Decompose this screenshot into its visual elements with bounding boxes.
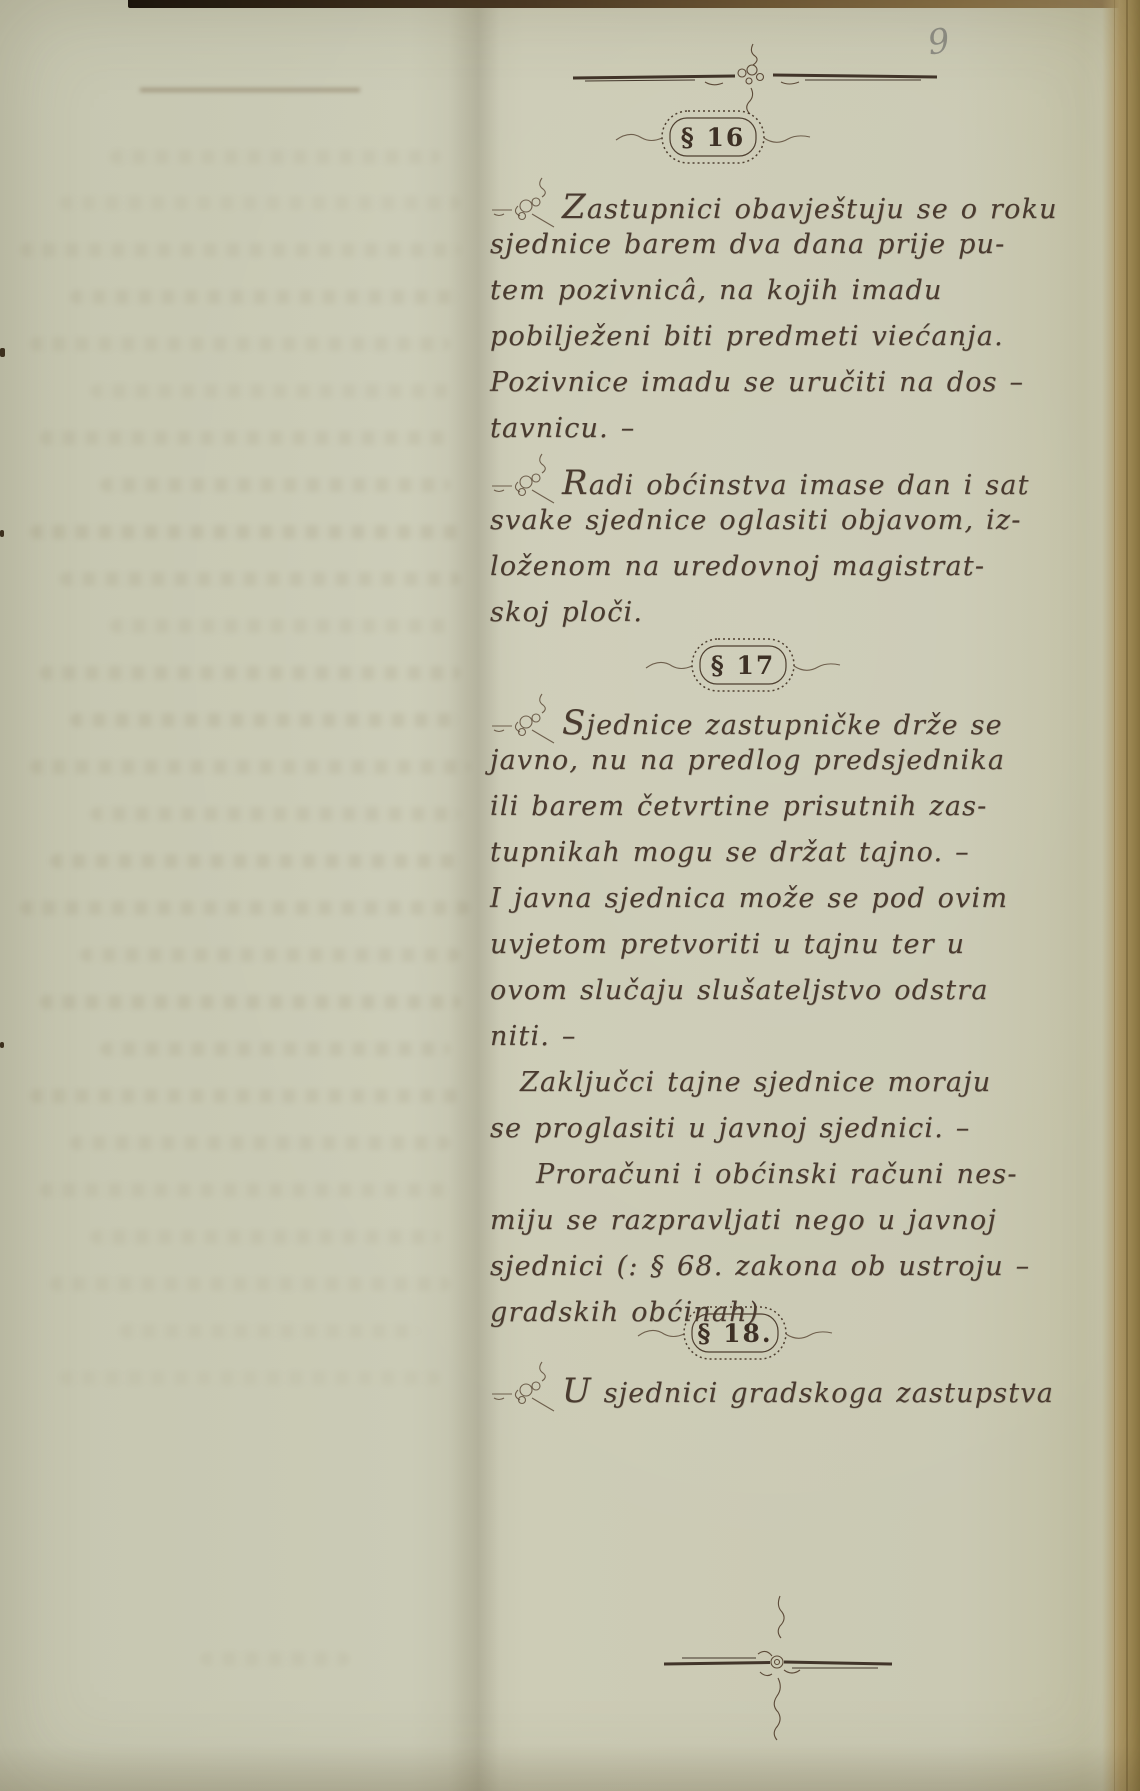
manuscript-line: sjednice barem dva dana prije pu-: [490, 222, 1010, 268]
bleed-through-row: [110, 150, 440, 164]
line-text: tupnikah mogu se držat tajno. –: [490, 837, 970, 868]
line-text: miju se razpravljati nego u javnoj: [490, 1205, 997, 1236]
line-text: loženom na uredovnoj magistrat-: [490, 551, 985, 582]
manuscript-line: tavnicu. –: [490, 406, 1010, 452]
paper-speck: [0, 1042, 4, 1048]
bleed-through-row: [90, 807, 460, 821]
manuscript-line: tupnikah mogu se držat tajno. –: [490, 830, 1010, 876]
bleed-through-divider: [140, 88, 360, 92]
line-text: javno, nu na predlog predsjednika: [490, 745, 1005, 776]
manuscript-line: loženom na uredovnoj magistrat-: [490, 544, 1010, 590]
line-text: astupnici obavještuju se o roku: [587, 194, 1058, 225]
bleed-through-row: [80, 948, 460, 962]
section-18-cartouche: § 18.: [630, 1302, 840, 1366]
bleed-through-row: [60, 572, 460, 586]
book-fore-edge: [1102, 0, 1140, 1791]
line-text: skoj ploči.: [490, 597, 643, 628]
manuscript-line: se proglasiti u javnoj sjednici. –: [490, 1106, 1010, 1152]
bleed-through-row: [90, 384, 450, 398]
ornate-initial: S: [562, 703, 587, 743]
line-text: ili barem četvrtine prisutnih zas-: [490, 791, 988, 822]
line-text: Zaključci tajne sjednice moraju: [520, 1067, 991, 1098]
pen-flourish-icon: [490, 1360, 560, 1418]
bleed-through-row: [30, 525, 460, 539]
bleed-through-row: [40, 1183, 450, 1197]
section-16-text: Zastupnici obavještuju se o rokusjednice…: [490, 176, 1010, 636]
manuscript-line: uvjetom pretvoriti u tajnu ter u: [490, 922, 1010, 968]
line-text: svake sjednice oglasiti objavom, iz-: [490, 505, 1022, 536]
manuscript-line: I javna sjednica može se pod ovim: [490, 876, 1010, 922]
manuscript-line: ovom slučaju slušateljstvo odstra: [490, 968, 1010, 1014]
line-text: adi obćinstva imase dan i sat: [589, 470, 1030, 501]
bleed-through-row: [70, 290, 460, 304]
manuscript-line: niti. –: [490, 1014, 1010, 1060]
manuscript-page-scan: 9 § 16 Zastupnici obavještuju se o rokus…: [0, 0, 1140, 1791]
bleed-through-row: [200, 1652, 350, 1666]
manuscript-line: Zaključci tajne sjednice moraju: [490, 1060, 1010, 1106]
line-text: Proračuni i obćinski računi nes-: [536, 1159, 1018, 1190]
page-edge-line: [1126, 0, 1128, 1791]
manuscript-line: sjednici (: § 68. zakona ob ustroju –: [490, 1244, 1010, 1290]
section-heading: § 18.: [697, 1319, 772, 1348]
bleed-through-row: [70, 713, 460, 727]
bleed-through-row: [50, 854, 460, 868]
bleed-through-row: [50, 1277, 450, 1291]
manuscript-line: Proračuni i obćinski računi nes-: [490, 1152, 1010, 1198]
manuscript-line: skoj ploči.: [490, 590, 1010, 636]
ornate-initial: R: [562, 463, 589, 503]
bleed-through-row: [30, 337, 450, 351]
line-text: I javna sjednica može se pod ovim: [490, 883, 1008, 914]
line-text: tavnicu. –: [490, 413, 635, 444]
line-text: Pozivnice imadu se uručiti na dos –: [490, 367, 1024, 398]
scan-top-edge: [128, 0, 1140, 8]
bleed-through-row: [110, 619, 450, 633]
bleed-through-row: [70, 1136, 450, 1150]
bleed-through-row: [40, 666, 460, 680]
line-text: pobilježeni biti predmeti viećanja.: [490, 321, 1004, 352]
paper-speck: [0, 348, 5, 357]
line-text: sjednici (: § 68. zakona ob ustroju –: [490, 1251, 1030, 1282]
line-text: sjednice barem dva dana prije pu-: [490, 229, 1005, 260]
manuscript-line: Zastupnici obavještuju se o roku: [490, 176, 1010, 222]
bleed-through-row: [60, 1371, 440, 1385]
bleed-through-row: [120, 1324, 420, 1338]
line-text: jednice zastupničke drže se: [587, 710, 1003, 741]
line-text: sjednici gradskoga zastupstva: [592, 1378, 1054, 1409]
section-16-cartouche: § 16: [608, 106, 818, 170]
scan-bottom-shade: [0, 1745, 1140, 1791]
bleed-through-row: [20, 901, 470, 915]
bleed-through-row: [90, 1230, 440, 1244]
bleed-through-row: [40, 431, 450, 445]
paper-speck: [0, 530, 4, 537]
page-edge-line: [1114, 0, 1115, 1791]
section-17-text: Sjednice zastupničke drže sejavno, nu na…: [490, 692, 1010, 1336]
manuscript-line: Radi obćinstva imase dan i sat: [490, 452, 1010, 498]
ornate-initial: Z: [562, 187, 587, 227]
manuscript-line: Pozivnice imadu se uručiti na dos –: [490, 360, 1010, 406]
bleed-through-row: [100, 1042, 450, 1056]
manuscript-line: pobilježeni biti predmeti viećanja.: [490, 314, 1010, 360]
bleed-through-row: [30, 1089, 460, 1103]
bleed-through-row: [60, 196, 460, 210]
bleed-through-row: [20, 243, 460, 257]
manuscript-line: U sjednici gradskoga zastupstva: [490, 1360, 1010, 1406]
section-heading: § 17: [711, 651, 776, 680]
section-heading: § 16: [681, 123, 746, 152]
section-17-cartouche: § 17: [638, 634, 848, 698]
bleed-through-row: [40, 995, 460, 1009]
manuscript-line: miju se razpravljati nego u javnoj: [490, 1198, 1010, 1244]
manuscript-line: Sjednice zastupničke drže se: [490, 692, 1010, 738]
line-text: niti. –: [490, 1021, 577, 1052]
manuscript-line: javno, nu na predlog predsjednika: [490, 738, 1010, 784]
bleed-through-row: [100, 478, 450, 492]
line-text: uvjetom pretvoriti u tajnu ter u: [490, 929, 965, 960]
line-text: ovom slučaju slušateljstvo odstra: [490, 975, 989, 1006]
manuscript-line: ili barem četvrtine prisutnih zas-: [490, 784, 1010, 830]
line-text: tem pozivnicâ, na kojih imadu: [490, 275, 943, 306]
manuscript-line: svake sjednice oglasiti objavom, iz-: [490, 498, 1010, 544]
ornate-initial: U: [562, 1371, 592, 1411]
manuscript-line: tem pozivnicâ, na kojih imadu: [490, 268, 1010, 314]
section-18-text: U sjednici gradskoga zastupstva: [490, 1360, 1010, 1406]
bleed-through-row: [30, 760, 470, 774]
line-text: se proglasiti u javnoj sjednici. –: [490, 1113, 970, 1144]
